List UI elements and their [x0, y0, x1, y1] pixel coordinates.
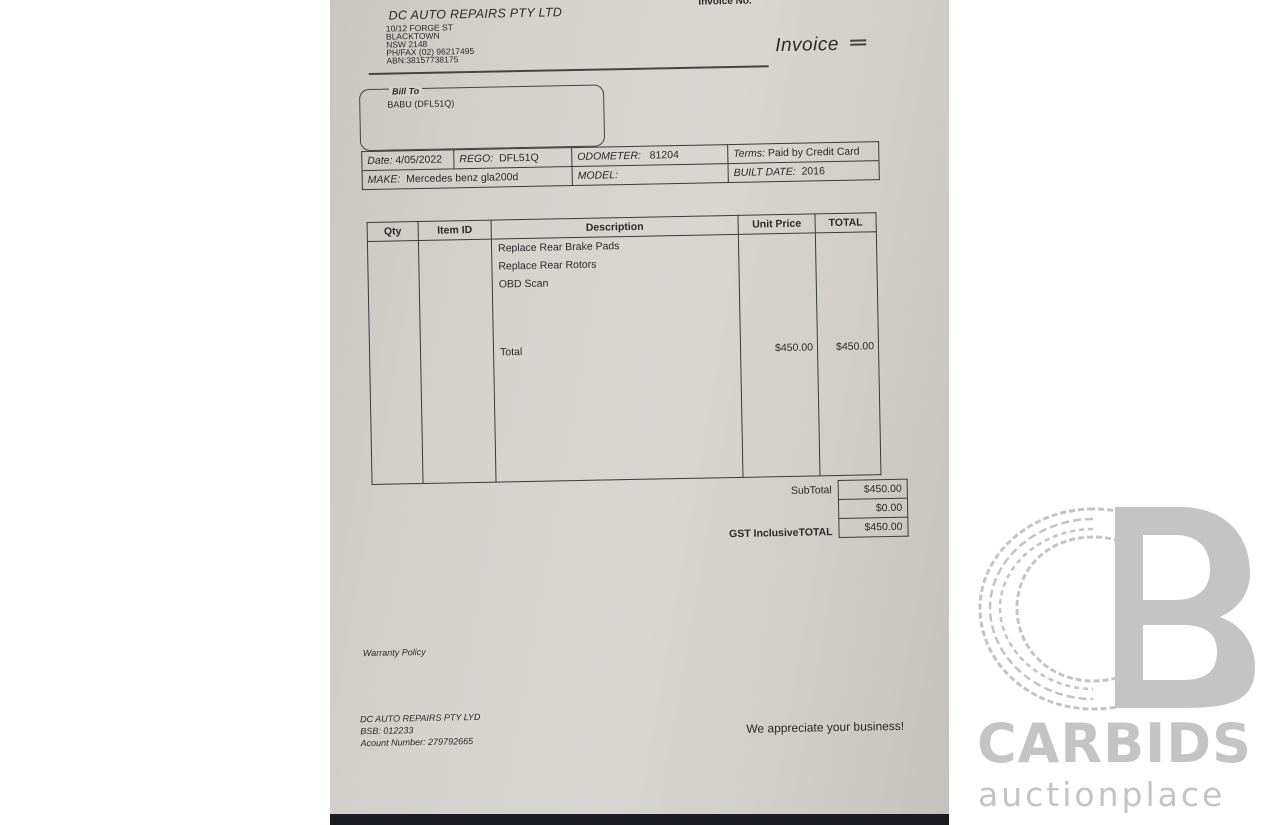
grand-total-value: $450.00 — [839, 517, 908, 537]
subtotal-value: $450.00 — [838, 479, 907, 499]
description-cell: Replace Rear Brake Pads Replace Rear Rot… — [491, 234, 743, 482]
built-date-cell: BUILT DATE: 2016 — [728, 161, 879, 183]
bank-details: DC AUTO REPAIRS PTY LYD BSB: 012233 Acou… — [360, 711, 481, 749]
total-cell: $450.00 — [815, 232, 881, 476]
make-cell: MAKE: Mercedes benz gla200d — [362, 167, 572, 190]
bank-name: DC AUTO REPAIRS PTY LYD — [360, 711, 481, 725]
line-total-value: $450.00 — [818, 340, 878, 353]
date-cell: Date: 4/05/2022 — [362, 150, 454, 171]
item-id-cell — [418, 239, 496, 483]
invoice-number-label: Invoice No. — [698, 0, 752, 8]
company-address: 10/12 FORGE ST BLACKTOWN NSW 2148 PH/FAX… — [386, 23, 475, 65]
bill-to-label: Bill To — [389, 86, 422, 97]
totals-table: $450.00 $0.00 $450.00 — [838, 479, 909, 538]
account-number: Acount Number: 279792665 — [360, 735, 481, 749]
unit-price-cell: $450.00 — [738, 233, 820, 477]
warranty-policy: Warranty Policy — [363, 646, 426, 659]
col-unit-price: Unit Price — [738, 214, 815, 234]
qty-cell — [367, 241, 423, 485]
company-name: DC AUTO REPAIRS PTY LTD — [388, 5, 562, 22]
description-line: OBD Scan — [493, 271, 739, 294]
header-rule — [369, 65, 769, 75]
subtotal-label: SubTotal — [752, 484, 832, 498]
thanks-message: We appreciate your business! — [746, 719, 904, 736]
rego-cell: REGO: DFL51Q — [454, 148, 572, 169]
dark-background-edge — [330, 814, 949, 825]
bill-to-value: BABU (DFL51Q) — [387, 98, 454, 109]
line-items-table: Qty Item ID Description Unit Price TOTAL… — [367, 212, 882, 485]
other-value: $0.00 — [838, 498, 907, 518]
title-dash — [850, 39, 866, 41]
invoice-document: DC AUTO REPAIRS PTY LTD 10/12 FORGE ST B… — [330, 0, 949, 820]
invoice-paper: DC AUTO REPAIRS PTY LTD 10/12 FORGE ST B… — [330, 0, 949, 825]
title-dash — [850, 43, 866, 45]
col-total: TOTAL — [815, 213, 876, 233]
watermark-sub: auctionplace — [978, 775, 1225, 814]
watermark-brand: CARBIDS — [977, 712, 1252, 775]
unit-price-value: $450.00 — [741, 341, 817, 354]
invoice-title: Invoice — [775, 34, 839, 57]
grand-total-label: GST InclusiveTOTAL — [692, 526, 832, 541]
model-cell: MODEL: — [572, 164, 728, 186]
col-qty: Qty — [367, 222, 418, 242]
col-item-id: Item ID — [418, 220, 491, 240]
total-row-label: Total — [494, 339, 740, 362]
